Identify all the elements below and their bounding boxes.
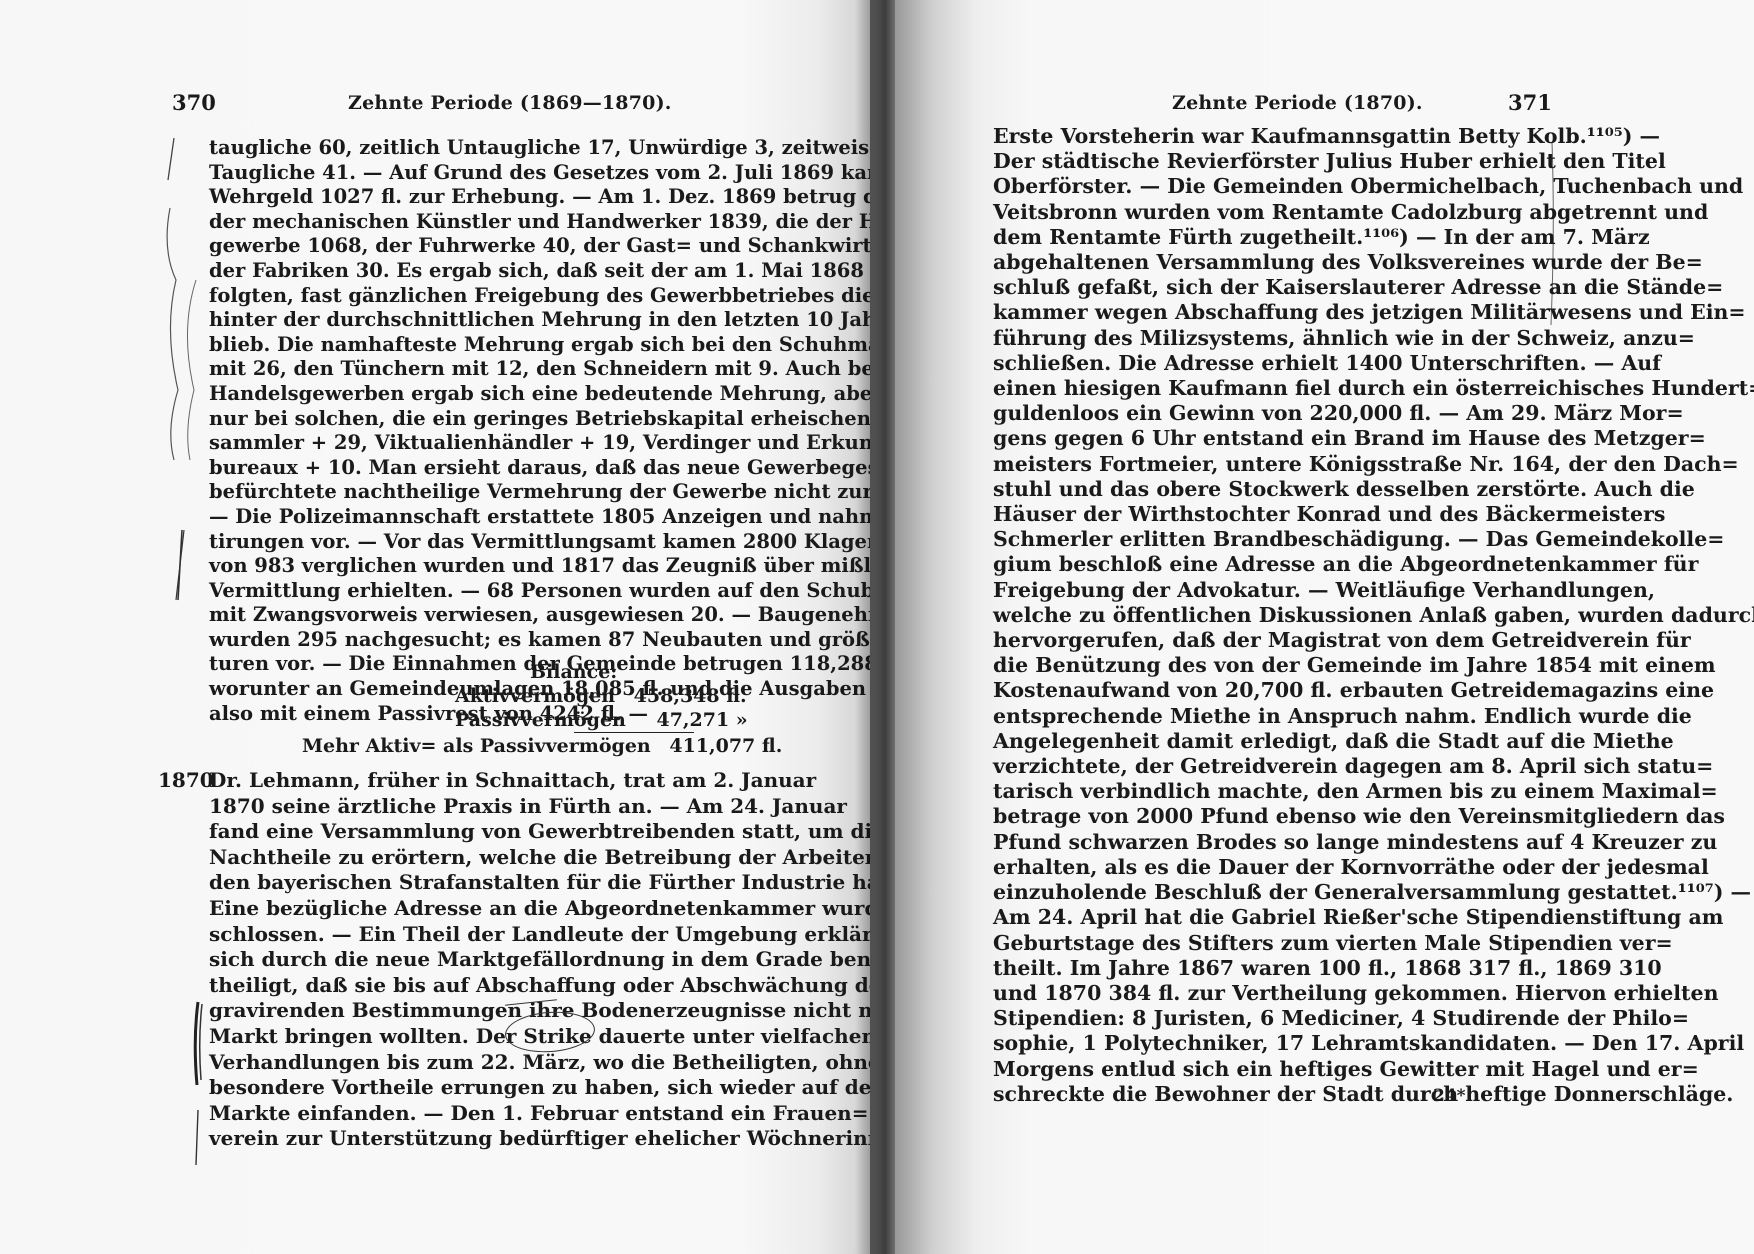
text-line: die Benützung des von der Gemeinde im Ja… (993, 653, 1558, 678)
text-line: hervorgerufen, daß der Magistrat von dem… (993, 628, 1558, 653)
text-line: schließen. Die Adresse erhielt 1400 Unte… (993, 351, 1558, 376)
text-line: Der städtische Revierförster Julius Hube… (993, 149, 1558, 174)
text-line: Geburtstage des Stifters zum vierten Mal… (993, 931, 1558, 956)
text-line: theiligt, daß sie bis auf Abschaffung od… (209, 973, 717, 999)
text-line: einen hiesigen Kaufmann fiel durch ein ö… (993, 376, 1558, 401)
text-line: besondere Vortheile errungen zu haben, s… (209, 1075, 717, 1101)
text-line: schreckte die Bewohner der Stadt durch h… (993, 1082, 1558, 1107)
text-line: erhalten, als es die Dauer der Kornvorrä… (993, 855, 1558, 880)
page-number-left: 370 (172, 90, 216, 115)
text-line: folgten, fast gänzlichen Freigebung des … (209, 284, 717, 309)
text-line: fand eine Versammlung von Gewerbtreibend… (209, 819, 717, 845)
text-line: sich durch die neue Marktgefällordnung i… (209, 947, 717, 973)
text-line: welche zu öffentlichen Diskussionen Anla… (993, 603, 1558, 628)
text-line: Eine bezügliche Adresse an die Abgeordne… (209, 896, 717, 922)
text-line: befürchtete nachtheilige Vermehrung der … (209, 480, 717, 505)
left-body-text-1870: Dr. Lehmann, früher in Schnaittach, trat… (209, 768, 717, 1152)
text-line: verzichtete, der Getreidverein dagegen a… (993, 754, 1558, 779)
text-line: Morgens entlud sich ein heftiges Gewitte… (993, 1057, 1558, 1082)
text-line: dem Rentamte Fürth zugetheilt.¹¹⁰⁶) — In… (993, 225, 1558, 250)
text-line: Vermittlung erhielten. — 68 Personen wur… (209, 579, 717, 604)
text-line: wurden 295 nachgesucht; es kamen 87 Neub… (209, 628, 717, 653)
text-line: Stipendien: 8 Juristen, 6 Mediciner, 4 S… (993, 1006, 1558, 1031)
text-line: sophie, 1 Polytechniker, 17 Lehramtskand… (993, 1031, 1558, 1056)
text-line: gewerbe 1068, der Fuhrwerke 40, der Gast… (209, 234, 717, 259)
book-gutter (855, 0, 895, 1254)
text-line: nur bei solchen, die ein geringes Betrie… (209, 407, 717, 432)
text-line: Taugliche 41. — Auf Grund des Gesetzes v… (209, 161, 717, 186)
text-line: Markte einfanden. — Den 1. Februar entst… (209, 1101, 717, 1127)
pencil-margin-marks-icon (160, 130, 210, 690)
text-line: Erste Vorsteherin war Kaufmannsgattin Be… (993, 124, 1558, 149)
text-line: der Fabriken 30. Es ergab sich, daß seit… (209, 259, 717, 284)
text-line: Handelsgewerben ergab sich eine bedeuten… (209, 382, 717, 407)
text-line: Dr. Lehmann, früher in Schnaittach, trat… (209, 768, 717, 794)
balance-value: 47,271 » (656, 708, 747, 732)
balance-title: Bilance: (530, 660, 617, 684)
book-spread: 370 Zehnte Periode (1869—1870). tauglich… (0, 0, 1754, 1254)
running-head-left: Zehnte Periode (1869—1870). (348, 92, 672, 114)
text-line: Freigebung der Advokatur. — Weitläufige … (993, 578, 1558, 603)
text-line: — Die Polizeimannschaft erstattete 1805 … (209, 505, 717, 530)
text-line: gens gegen 6 Uhr entstand ein Brand im H… (993, 426, 1558, 451)
text-line: der mechanischen Künstler und Handwerker… (209, 210, 717, 235)
text-line: theilt. Im Jahre 1867 waren 100 fl., 186… (993, 956, 1558, 981)
text-line: 1870 seine ärztliche Praxis in Fürth an.… (209, 794, 717, 820)
left-body-text: taugliche 60, zeitlich Untaugliche 17, U… (209, 136, 717, 726)
pencil-margin-bars-icon (190, 1000, 210, 1170)
balance-value: 411,077 fl. (669, 734, 782, 758)
balance-row-total: Mehr Aktiv= als Passivvermögen 411,077 f… (302, 734, 782, 758)
signature-mark: 24* (1433, 1086, 1466, 1106)
left-page: 370 Zehnte Periode (1869—1870). tauglich… (0, 0, 870, 1254)
balance-row-aktiv: Aktivvermögen 458,348 fl. (455, 684, 747, 708)
text-line: von 983 verglichen wurden und 1817 das Z… (209, 554, 717, 579)
text-line: Nachtheile zu erörtern, welche die Betre… (209, 845, 717, 871)
text-line: mit 26, den Tünchern mit 12, den Schneid… (209, 357, 717, 382)
running-head-right: Zehnte Periode (1870). (1172, 92, 1423, 114)
page-number-right: 371 (1508, 90, 1552, 115)
margin-year: 1870 (158, 768, 214, 792)
text-line: Oberförster. — Die Gemeinden Obermichelb… (993, 174, 1558, 199)
text-line: abgehaltenen Versammlung des Volksverein… (993, 250, 1558, 275)
balance-row-passiv: Passivvermögen 47,271 » (455, 708, 748, 732)
text-line: bureaux + 10. Man ersieht daraus, daß da… (209, 456, 717, 481)
text-line: Markt bringen wollten. Der Strike dauert… (209, 1024, 717, 1050)
text-line: turen vor. — Die Einnahmen der Gemeinde … (209, 652, 717, 677)
text-line: Angelegenheit damit erledigt, daß die St… (993, 729, 1558, 754)
text-line: schluß gefaßt, sich der Kaiserslauterer … (993, 275, 1558, 300)
text-line: gium beschloß eine Adresse an die Abgeor… (993, 552, 1558, 577)
text-line: hinter der durchschnittlichen Mehrung in… (209, 308, 717, 333)
balance-label: Passivvermögen (455, 708, 626, 732)
text-line: stuhl und das obere Stockwerk desselben … (993, 477, 1558, 502)
text-line: Schmerler erlitten Brandbeschädigung. — … (993, 527, 1558, 552)
text-line: einzuholende Beschluß der Generalversamm… (993, 880, 1558, 905)
text-line: Häuser der Wirthstochter Konrad und des … (993, 502, 1558, 527)
text-line: Veitsbronn wurden vom Rentamte Cadolzbur… (993, 200, 1558, 225)
text-line: Am 24. April hat die Gabriel Rießer'sche… (993, 905, 1558, 930)
text-line: tarisch verbindlich machte, den Armen bi… (993, 779, 1558, 804)
text-line: Kostenaufwand von 20,700 fl. erbauten Ge… (993, 678, 1558, 703)
balance-label: Aktivvermögen (455, 684, 615, 708)
sum-rule (574, 732, 694, 733)
text-line: und 1870 384 fl. zur Vertheilung gekomme… (993, 981, 1558, 1006)
text-line: gravirenden Bestimmungen ihre Bodenerzeu… (209, 998, 717, 1024)
text-line: sammler + 29, Viktualienhändler + 19, Ve… (209, 431, 717, 456)
text-line: betrage von 2000 Pfund ebenso wie den Ve… (993, 804, 1558, 829)
balance-value: 458,348 fl. (634, 684, 747, 708)
text-line: kammer wegen Abschaffung des jetzigen Mi… (993, 300, 1558, 325)
text-line: Pfund schwarzen Brodes so lange mindeste… (993, 830, 1558, 855)
balance-label: Mehr Aktiv= als Passivvermögen (302, 734, 651, 758)
text-line: den bayerischen Strafanstalten für die F… (209, 870, 717, 896)
text-line: führung des Milizsystems, ähnlich wie in… (993, 326, 1558, 351)
text-line: taugliche 60, zeitlich Untaugliche 17, U… (209, 136, 717, 161)
text-line: mit Zwangsvorweis verwiesen, ausgewiesen… (209, 603, 717, 628)
text-line: blieb. Die namhafteste Mehrung ergab sic… (209, 333, 717, 358)
text-line: guldenloos ein Gewinn von 220,000 fl. — … (993, 401, 1558, 426)
text-line: entsprechende Miethe in Anspruch nahm. E… (993, 704, 1558, 729)
text-line: verein zur Unterstützung bedürftiger ehe… (209, 1126, 717, 1152)
text-line: Verhandlungen bis zum 22. März, wo die B… (209, 1050, 717, 1076)
text-line: tirungen vor. — Vor das Vermittlungsamt … (209, 530, 717, 555)
text-line: meisters Fortmeier, untere Königsstraße … (993, 452, 1558, 477)
right-body-text: Erste Vorsteherin war Kaufmannsgattin Be… (993, 124, 1558, 1107)
text-line: schlossen. — Ein Theil der Landleute der… (209, 922, 717, 948)
text-line: Wehrgeld 1027 fl. zur Erhebung. — Am 1. … (209, 185, 717, 210)
